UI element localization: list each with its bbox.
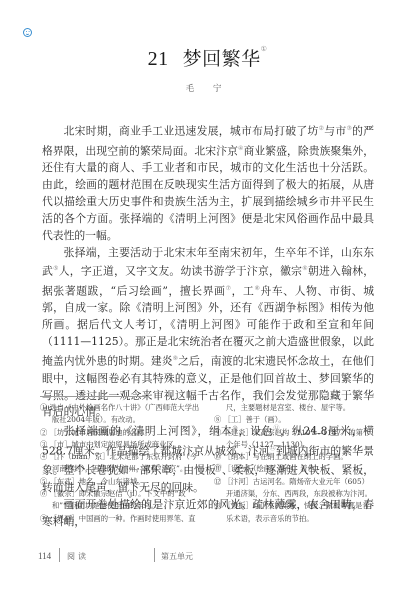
footnote: ① 选自《中外绘画名作八十讲》（广西师范大学出版社2004年版）。有改动。	[40, 402, 202, 427]
footnote-continuation: 尺，主要题材是宫室、楼台、屋宇等。	[214, 402, 376, 414]
smile-icon[interactable]	[23, 28, 32, 37]
page-title: 21梦回繁华①	[0, 44, 415, 71]
footnote: ⑬ ［慢板］与下文的柔板、快板、紧板等都是音乐术语，表示音乐的节拍。	[214, 500, 376, 525]
footnote: ⑧ ［工］善于（画）。	[214, 414, 376, 426]
author: 毛 宁	[0, 82, 415, 94]
footnote: ③ ［市］城市中划定的贸易场所或商业区。	[40, 439, 202, 451]
title-footnote-mark[interactable]: ①	[261, 45, 268, 53]
footnote: ⑤ ［东武］地名，今山东诸城。	[40, 476, 202, 488]
paragraph: 北宋时期，商业手工业迅速发展，城市布局打破了坊②与市③的严格界限，出现空前的繁荣…	[42, 121, 374, 245]
footnote-divider	[40, 396, 148, 397]
footnotes-left: ① 选自《中外绘画名作八十讲》（广西师范大学出版社2004年版）。有改动。 ② …	[40, 402, 202, 525]
lesson-title: 梦回繁华	[183, 48, 261, 70]
footnote: ⑨ ［建炎］宋高宗赵构（1107—1187）的第一个年号（1127—1130）。	[214, 427, 376, 452]
footnote: ⑪ ［设色］（绘画）涂色，着色。	[214, 463, 376, 475]
footnote: ⑩ ［绢本］写在绢上或画在绢上的字画。	[214, 451, 376, 463]
footnote: ⑦ ［界画］中国画的一种。作画时使用界笔、直	[40, 513, 202, 525]
footnote: ⑥ ［徽宗］即宋徽宗赵佶（jí）。下文中的“政和”“宣和”均是他使用过的年号。	[40, 488, 202, 513]
unit-label: 第五单元	[161, 551, 193, 562]
lesson-number: 21	[148, 48, 169, 70]
footnote: ② ［坊］城市居民聚居地的名称。	[40, 427, 202, 439]
footnote: ⑫ ［汴河］古运河名。隋炀帝大业元年（605）开通济渠，分东、西两段，东段被称为…	[214, 476, 376, 501]
footer-divider	[59, 548, 60, 562]
page-number: 114	[38, 551, 51, 561]
footnotes-right: 尺，主要题材是宫室、楼台、屋宇等。 ⑧ ［工］善于（画）。 ⑨ ［建炎］宋高宗赵…	[214, 402, 376, 525]
section-label: 阅读	[67, 551, 89, 562]
footer-divider	[154, 548, 155, 562]
paragraph: 张择端，主要活动于北宋末年至南宋初年，生卒年不详，山东东武⑤人，字正道，又字文友…	[42, 245, 374, 422]
footnote: ④ ［汴（biàn）京］北宋定都于东京开封府（今河南开封），因唐时为汴州，故称“…	[40, 451, 202, 476]
